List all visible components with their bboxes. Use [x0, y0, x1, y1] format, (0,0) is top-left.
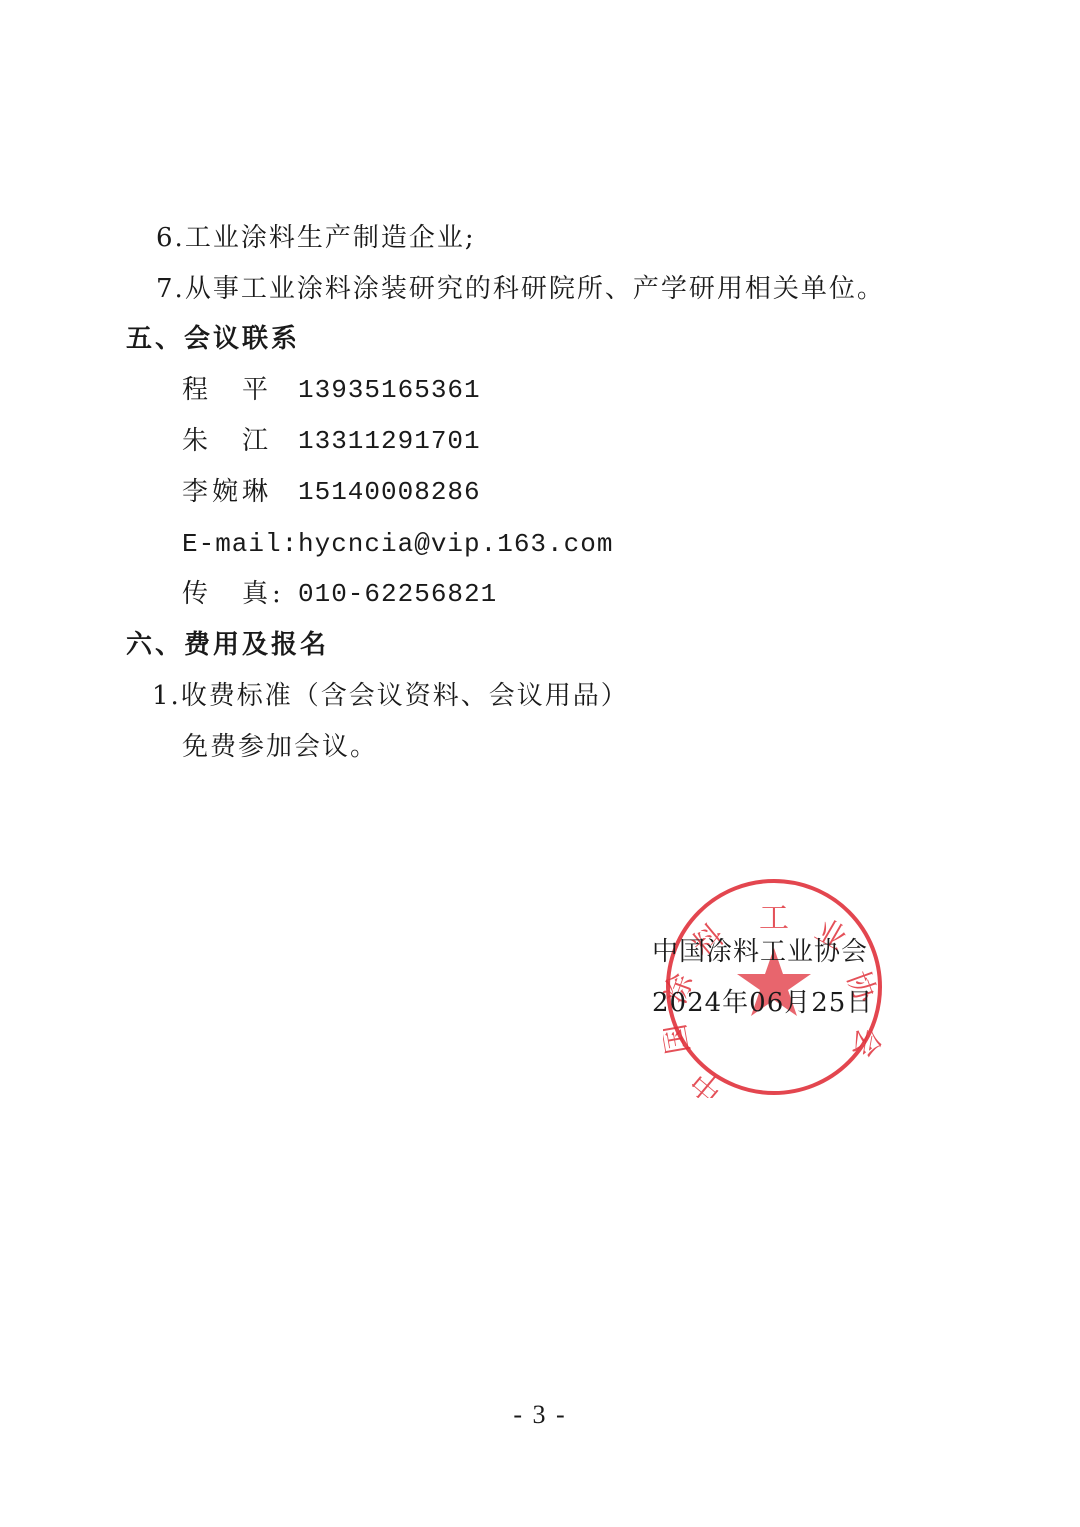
contact-row: E-mail: hycncia@vip.163.com — [182, 528, 613, 560]
list-item-text: 工业涂料生产制造企业; — [185, 223, 476, 253]
contact-row: 传 真: 010-62256821 — [182, 578, 497, 610]
email-value: hycncia@vip.163.com — [298, 528, 613, 560]
contact-name: 朱 江 — [182, 425, 298, 457]
list-item-number: 6. — [156, 223, 185, 253]
signature-date: 2024年06月25日 — [652, 987, 873, 1019]
contact-row: 程 平 13935165361 — [182, 374, 481, 406]
contact-phone: 15140008286 — [298, 476, 481, 508]
svg-text:会: 会 — [846, 1025, 885, 1061]
svg-text:中: 中 — [685, 1063, 730, 1098]
fee-standard-title: 1.收费标准（含会议资料、会议用品） — [152, 680, 629, 712]
fax-label: 传 真: — [182, 578, 298, 610]
contact-row: 李婉琳 15140008286 — [182, 476, 481, 508]
document-page: 6.工业涂料生产制造企业; 7.从事工业涂料涂装研究的科研院所、产学研用相关单位… — [0, 0, 1080, 1527]
list-item-6: 6.工业涂料生产制造企业; — [156, 222, 476, 254]
signature-organization: 中国涂料工业协会 — [652, 936, 868, 968]
list-item-7: 7.从事工业涂料涂装研究的科研院所、产学研用相关单位。 — [156, 273, 885, 305]
email-label: E-mail: — [182, 528, 298, 560]
svg-text:工: 工 — [759, 901, 789, 936]
contact-phone: 13935165361 — [298, 374, 481, 406]
fax-value: 010-62256821 — [298, 578, 497, 610]
fee-standard-body: 免费参加会议。 — [182, 731, 378, 763]
section-heading-fees: 六、费用及报名 — [126, 629, 329, 661]
list-item-text: 从事工业涂料涂装研究的科研院所、产学研用相关单位。 — [185, 274, 885, 304]
contact-name: 程 平 — [182, 374, 298, 406]
page-number: - 3 - — [0, 1400, 1080, 1430]
svg-text:国: 国 — [663, 1021, 697, 1057]
list-item-number: 7. — [156, 274, 185, 304]
contact-row: 朱 江 13311291701 — [182, 425, 481, 457]
section-heading-contact: 五、会议联系 — [126, 323, 300, 355]
contact-name: 李婉琳 — [182, 476, 298, 508]
contact-phone: 13311291701 — [298, 425, 481, 457]
